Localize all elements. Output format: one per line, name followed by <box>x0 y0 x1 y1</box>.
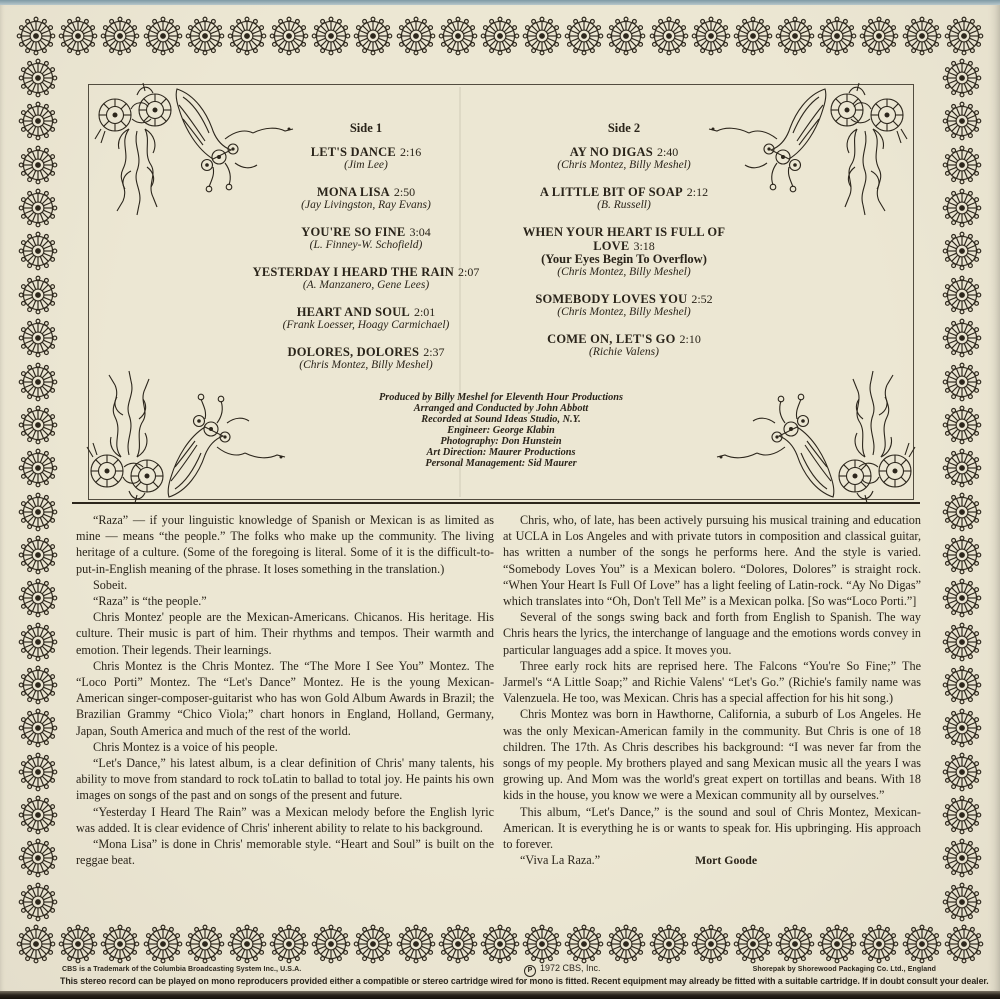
track-title: A LITTLE BIT OF SOAP <box>540 185 683 199</box>
track-title: LET'S DANCE <box>311 145 396 159</box>
rosette-icon <box>480 924 520 964</box>
rosette-icon <box>58 924 98 964</box>
rosette-icon <box>942 318 982 358</box>
author-signature: Mort Goode <box>695 852 757 868</box>
rosette-icon <box>733 924 773 964</box>
track-item: WHEN YOUR HEART IS FULL OF LOVE3:18 (You… <box>499 225 749 279</box>
rosette-icon <box>942 188 982 228</box>
rosette-icon <box>942 231 982 271</box>
credit-line: Personal Management: Sid Maurer <box>89 458 913 469</box>
copyright-notice: P1972 CBS, Inc. <box>524 963 601 977</box>
track-writers: (Richie Valens) <box>499 346 749 359</box>
rosette-icon <box>18 578 58 618</box>
rosette-icon <box>942 492 982 532</box>
rosette-icon <box>18 838 58 878</box>
rosette-icon <box>522 16 562 56</box>
track-time: 2:01 <box>414 305 435 319</box>
tracklists: Side 1 LET'S DANCE2:16 (Jim Lee) MONA LI… <box>241 85 749 385</box>
rosette-icon <box>942 101 982 141</box>
rosette-icon <box>269 16 309 56</box>
track-writers: (Chris Montez, Billy Meshel) <box>499 266 749 279</box>
rosette-icon <box>817 924 857 964</box>
liner-notes-paragraph: Chris Montez is a voice of his people. <box>76 739 494 755</box>
mono-playback-notice: This stereo record can be played on mono… <box>60 976 940 986</box>
rosette-icon <box>859 16 899 56</box>
fineprint-row: CBS is a Trademark of the Columbia Broad… <box>0 963 1000 977</box>
rosette-icon <box>18 101 58 141</box>
rosette-icon <box>942 882 982 922</box>
rosette-icon <box>606 16 646 56</box>
track-title: MONA LISA <box>317 185 390 199</box>
rosette-icon <box>353 924 393 964</box>
rosette-icon <box>817 16 857 56</box>
credit-line: Art Direction: Maurer Productions <box>89 447 913 458</box>
track-subtitle: (Your Eyes Begin To Overflow) <box>499 253 749 266</box>
packaging-credit: Shorepak by Shorewood Packaging Co. Ltd.… <box>753 966 936 973</box>
track-item: COME ON, LET'S GO2:10 (Richie Valens) <box>499 332 749 359</box>
rosette-icon <box>269 924 309 964</box>
liner-notes-paragraph: Three early rock hits are reprised here.… <box>503 658 921 707</box>
rosette-icon <box>775 16 815 56</box>
rosette-icon <box>902 924 942 964</box>
rosette-icon <box>18 795 58 835</box>
credit-line: Recorded at Sound Ideas Studio, N.Y. <box>89 414 913 425</box>
liner-notes-paragraph: Chris Montez' people are the Mexican-Ame… <box>76 609 494 658</box>
tracklist-panel: Side 1 LET'S DANCE2:16 (Jim Lee) MONA LI… <box>88 84 914 500</box>
rosette-icon <box>185 924 225 964</box>
liner-notes-paragraph: “Mona Lisa” is done in Chris' memorable … <box>76 836 494 868</box>
copyright-text: 1972 CBS, Inc. <box>540 963 601 973</box>
rosette-icon <box>311 924 351 964</box>
track-time: 2:07 <box>458 265 479 279</box>
rosette-icon <box>396 924 436 964</box>
rosette-icon <box>18 188 58 228</box>
rosette-icon <box>100 924 140 964</box>
liner-notes-paragraph: Chris Montez was born in Hawthorne, Cali… <box>503 706 921 803</box>
closing-quote: “Viva La Raza.” <box>503 852 600 868</box>
rosette-border-right <box>942 58 982 922</box>
rosette-icon <box>942 275 982 315</box>
rosette-icon <box>18 448 58 488</box>
rosette-icon <box>944 16 984 56</box>
rosette-icon <box>18 708 58 748</box>
track-writers: (L. Finney-W. Schofield) <box>241 239 491 252</box>
rosette-icon <box>18 58 58 98</box>
rosette-icon <box>942 405 982 445</box>
production-credits: Produced by Billy Meshel for Eleventh Ho… <box>89 392 913 469</box>
rosette-icon <box>649 924 689 964</box>
liner-notes-paragraph: This album, “Let's Dance,” is the sound … <box>503 804 921 853</box>
liner-notes-paragraph: Several of the songs swing back and fort… <box>503 609 921 658</box>
track-title: SOMEBODY LOVES YOU <box>535 292 687 306</box>
track-title: AY NO DIGAS <box>570 145 653 159</box>
rosette-icon <box>438 924 478 964</box>
liner-notes-right-column: Chris, who, of late, has been actively p… <box>503 512 921 868</box>
rosette-icon <box>733 16 773 56</box>
track-time: 2:16 <box>400 145 421 159</box>
rosette-icon <box>227 16 267 56</box>
rosette-icon <box>606 924 646 964</box>
liner-notes-left-column: “Raza” — if your linguistic knowledge of… <box>76 512 494 868</box>
track-title: YOU'RE SO FINE <box>301 225 405 239</box>
rosette-icon <box>18 362 58 402</box>
liner-notes-paragraph: “Raza” is “the people.” <box>76 593 494 609</box>
rosette-icon <box>143 16 183 56</box>
corner-ornament-top-left <box>85 79 305 219</box>
corner-ornament-top-right <box>697 79 917 219</box>
track-item: YESTERDAY I HEARD THE RAIN2:07 (A. Manza… <box>241 265 491 292</box>
track-time: 2:37 <box>423 345 444 359</box>
rosette-icon <box>18 622 58 662</box>
rosette-icon <box>859 924 899 964</box>
rosette-icon <box>942 535 982 575</box>
closing-line: “Viva La Raza.” Mort Goode <box>503 852 921 868</box>
rosette-icon <box>942 58 982 98</box>
rosette-icon <box>944 924 984 964</box>
rosette-icon <box>353 16 393 56</box>
rosette-icon <box>942 665 982 705</box>
credit-line: Arranged and Conducted by John Abbott <box>89 403 913 414</box>
liner-notes-paragraph: Chris, who, of late, has been actively p… <box>503 512 921 609</box>
track-title: YESTERDAY I HEARD THE RAIN <box>253 265 454 279</box>
rosette-icon <box>18 535 58 575</box>
rosette-icon <box>564 16 604 56</box>
rosette-icon <box>16 16 56 56</box>
liner-notes-paragraph: “Let's Dance,” his latest album, is a cl… <box>76 755 494 804</box>
rosette-icon <box>691 16 731 56</box>
rosette-border-top <box>16 16 984 56</box>
track-title: DOLORES, DOLORES <box>287 345 419 359</box>
track-item: HEART AND SOUL2:01 (Frank Loesser, Hoagy… <box>241 305 491 332</box>
liner-notes-paragraph: Sobeit. <box>76 577 494 593</box>
rosette-icon <box>143 924 183 964</box>
track-writers: (A. Manzanero, Gene Lees) <box>241 279 491 292</box>
rosette-icon <box>18 231 58 271</box>
rosette-icon <box>18 145 58 185</box>
rosette-border-left <box>18 58 58 922</box>
rosette-icon <box>942 448 982 488</box>
track-time: 3:18 <box>633 239 654 253</box>
rosette-icon <box>18 275 58 315</box>
track-time: 2:10 <box>680 332 701 346</box>
rosette-icon <box>942 622 982 662</box>
credit-line: Produced by Billy Meshel for Eleventh Ho… <box>89 392 913 403</box>
liner-notes-paragraph: “Raza” — if your linguistic knowledge of… <box>76 512 494 577</box>
section-divider-rule <box>72 502 920 504</box>
album-back-cover: Side 1 LET'S DANCE2:16 (Jim Lee) MONA LI… <box>0 0 1000 999</box>
credit-line: Photography: Don Hunstein <box>89 436 913 447</box>
rosette-icon <box>942 578 982 618</box>
rosette-icon <box>942 838 982 878</box>
rosette-icon <box>564 924 604 964</box>
rosette-icon <box>691 924 731 964</box>
rosette-icon <box>18 318 58 358</box>
liner-notes: “Raza” — if your linguistic knowledge of… <box>76 512 922 868</box>
track-time: 2:50 <box>394 185 415 199</box>
rosette-icon <box>16 924 56 964</box>
rosette-icon <box>100 16 140 56</box>
rosette-icon <box>522 924 562 964</box>
track-item: YOU'RE SO FINE3:04 (L. Finney-W. Schofie… <box>241 225 491 252</box>
rosette-icon <box>227 924 267 964</box>
track-title: WHEN YOUR HEART IS FULL OF LOVE <box>523 225 725 253</box>
sleeve-top-edge <box>0 0 1000 5</box>
cbs-trademark-notice: CBS is a Trademark of the Columbia Broad… <box>62 966 301 973</box>
track-item: SOMEBODY LOVES YOU2:52 (Chris Montez, Bi… <box>499 292 749 319</box>
rosette-icon <box>58 16 98 56</box>
rosette-icon <box>942 145 982 185</box>
track-title: HEART AND SOUL <box>297 305 410 319</box>
sleeve-bottom-edge <box>0 991 1000 999</box>
rosette-icon <box>942 795 982 835</box>
liner-notes-paragraph: Chris Montez is the Chris Montez. The “T… <box>76 658 494 739</box>
rosette-icon <box>902 16 942 56</box>
rosette-icon <box>480 16 520 56</box>
track-title: COME ON, LET'S GO <box>547 332 675 346</box>
liner-notes-right-paragraphs: Chris, who, of late, has been actively p… <box>503 512 921 852</box>
credit-line: Engineer: George Klabin <box>89 425 913 436</box>
rosette-icon <box>185 16 225 56</box>
rosette-icon <box>942 362 982 402</box>
rosette-icon <box>18 882 58 922</box>
rosette-icon <box>396 16 436 56</box>
track-writers: (Frank Loesser, Hoagy Carmichael) <box>241 319 491 332</box>
rosette-icon <box>18 752 58 792</box>
track-writers: (Chris Montez, Billy Meshel) <box>499 306 749 319</box>
track-time: 2:52 <box>691 292 712 306</box>
rosette-icon <box>649 16 689 56</box>
liner-notes-paragraph: “Yesterday I Heard The Rain” was a Mexic… <box>76 804 494 836</box>
rosette-icon <box>18 492 58 532</box>
rosette-icon <box>311 16 351 56</box>
rosette-icon <box>438 16 478 56</box>
rosette-icon <box>942 708 982 748</box>
rosette-icon <box>942 752 982 792</box>
rosette-border-bottom <box>16 924 984 964</box>
rosette-icon <box>18 405 58 445</box>
rosette-icon <box>775 924 815 964</box>
track-time: 2:40 <box>657 145 678 159</box>
track-time: 3:04 <box>409 225 430 239</box>
rosette-icon <box>18 665 58 705</box>
